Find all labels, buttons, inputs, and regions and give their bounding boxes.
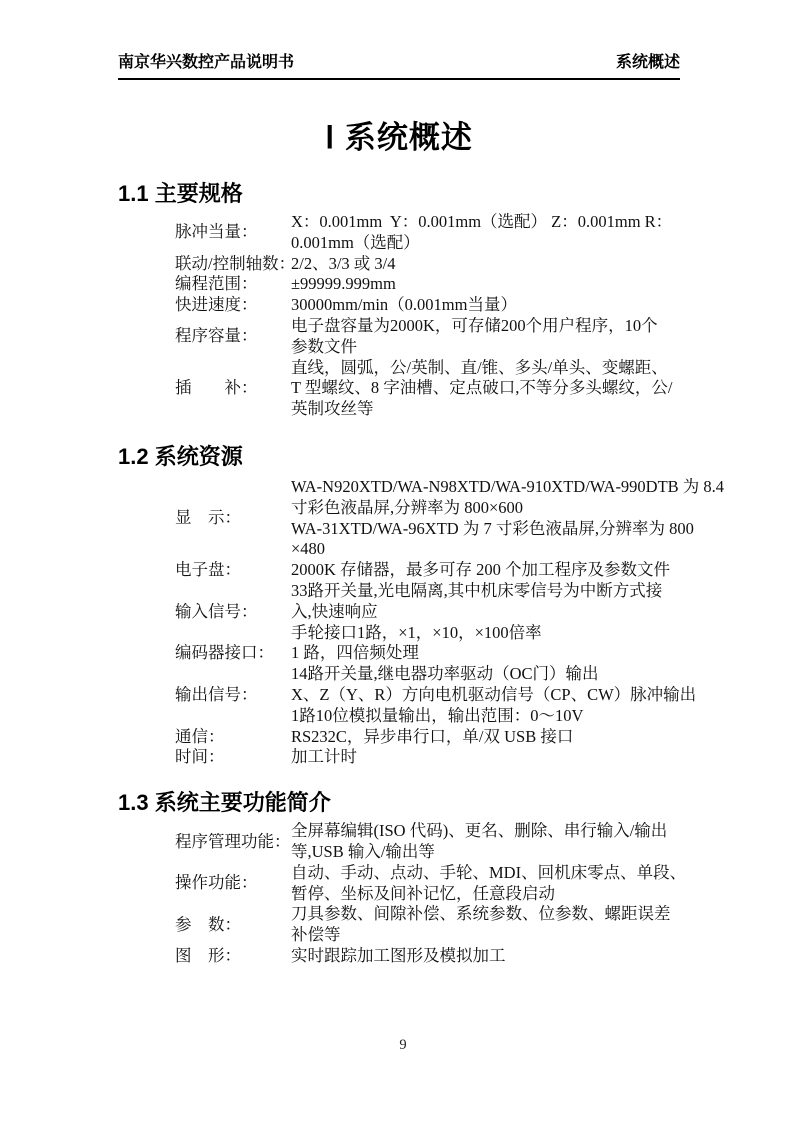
spec-table-1-1: 脉冲当量： X：0.001mm Y：0.001mm（选配） Z：0.001mm … [175,212,680,420]
spec-value: 1 路，四倍频处理 [291,643,419,664]
header-document-title: 南京华兴数控产品说明书 [118,54,294,71]
spec-value: 14路开关量,继电器功率驱动（OC门）输出 X、Z（Y、R）方向电机驱动信号（C… [291,664,696,726]
spec-value: 实时跟踪加工图形及模拟加工 [291,946,506,967]
spec-label: 输入信号： [175,602,291,623]
spec-value: 自动、手动、点动、手轮、MDI、回机床零点、单段、 暂停、坐标及间补记忆，任意段… [291,863,686,905]
spec-row: 编码器接口： 1 路，四倍频处理 [175,643,680,664]
spec-label: 编码器接口： [175,643,291,664]
spec-row: 输出信号： 14路开关量,继电器功率驱动（OC门）输出 X、Z（Y、R）方向电机… [175,664,680,726]
spec-row: 脉冲当量： X：0.001mm Y：0.001mm（选配） Z：0.001mm … [175,212,680,254]
spec-row: 时间： 加工计时 [175,747,680,768]
spec-label: 显 示： [175,508,291,529]
spec-row: 插 补： 直线，圆弧，公/英制、直/锥、多头/单头、变螺距、 T 型螺纹、8 字… [175,358,680,420]
spec-row: 图 形： 实时跟踪加工图形及模拟加工 [175,946,680,967]
spec-value: 直线，圆弧，公/英制、直/锥、多头/单头、变螺距、 T 型螺纹、8 字油槽、定点… [291,358,673,420]
page-header: 南京华兴数控产品说明书 系统概述 [118,0,680,80]
spec-row: 程序容量： 电子盘容量为2000K，可存储200个用户程序，10个 参数文件 [175,316,680,358]
header-chapter-title: 系统概述 [616,54,680,71]
spec-row: 联动/控制轴数： 2/2、3/3 或 3/4 [175,254,680,275]
spec-row: 显 示： WA-N920XTD/WA-N98XTD/WA-910XTD/WA-9… [175,477,680,560]
spec-value: 电子盘容量为2000K，可存储200个用户程序，10个 参数文件 [291,316,658,358]
spec-value: 30000mm/min（0.001mm当量） [291,295,517,316]
spec-value: 2000K 存储器，最多可存 200 个加工程序及参数文件 [291,560,670,581]
section-heading-1-3: 1.3 系统主要功能简介 [118,788,680,818]
spec-label: 电子盘： [175,560,291,581]
spec-row: 程序管理功能： 全屏幕编辑(ISO 代码)、更名、删除、串行输入/输出 等,US… [175,821,680,863]
page-content: 南京华兴数控产品说明书 系统概述 Ⅰ 系统概述 1.1 主要规格 脉冲当量： X… [118,0,680,967]
spec-label: 快进速度： [175,295,291,316]
spec-label: 脉冲当量： [175,222,291,243]
spec-value: 全屏幕编辑(ISO 代码)、更名、删除、串行输入/输出 等,USB 输入/输出等 [291,821,667,863]
spec-label: 通信： [175,727,291,748]
spec-label: 参 数： [175,915,291,936]
spec-value: RS232C，异步串行口，单/双 USB 接口 [291,727,573,748]
spec-value: ±99999.999mm [291,274,396,295]
spec-value: 刀具参数、间隙补偿、系统参数、位参数、螺距误差 补偿等 [291,904,671,946]
spec-row: 编程范围： ±99999.999mm [175,274,680,295]
spec-table-1-3: 程序管理功能： 全屏幕编辑(ISO 代码)、更名、删除、串行输入/输出 等,US… [175,821,680,967]
spec-label: 编程范围： [175,274,291,295]
chapter-title: Ⅰ 系统概述 [118,118,680,158]
spec-label: 输出信号： [175,685,291,706]
spec-row: 操作功能： 自动、手动、点动、手轮、MDI、回机床零点、单段、 暂停、坐标及间补… [175,863,680,905]
spec-row: 通信： RS232C，异步串行口，单/双 USB 接口 [175,727,680,748]
spec-label: 程序容量： [175,326,291,347]
spec-value: 2/2、3/3 或 3/4 [291,254,396,275]
section-heading-1-2: 1.2 系统资源 [118,442,680,472]
spec-row: 参 数： 刀具参数、间隙补偿、系统参数、位参数、螺距误差 补偿等 [175,904,680,946]
manual-page: 南京华兴数控产品说明书 系统概述 Ⅰ 系统概述 1.1 主要规格 脉冲当量： X… [0,0,793,1122]
spec-value: 加工计时 [291,747,357,768]
spec-label: 程序管理功能： [175,832,291,853]
spec-label: 时间： [175,747,291,768]
spec-table-1-2: 显 示： WA-N920XTD/WA-N98XTD/WA-910XTD/WA-9… [175,477,680,768]
spec-label: 图 形： [175,946,291,967]
spec-label: 操作功能： [175,873,291,894]
spec-value: 33路开关量,光电隔离,其中机床零信号为中断方式接 入,快速响应 手轮接口1路，… [291,581,662,643]
spec-row: 快进速度： 30000mm/min（0.001mm当量） [175,295,680,316]
spec-value: X：0.001mm Y：0.001mm（选配） Z：0.001mm R： 0.0… [291,212,672,254]
spec-value: WA-N920XTD/WA-N98XTD/WA-910XTD/WA-990DTB… [291,477,724,560]
spec-row: 输入信号： 33路开关量,光电隔离,其中机床零信号为中断方式接 入,快速响应 手… [175,581,680,643]
spec-label: 插 补： [175,378,291,399]
page-number: 9 [118,1037,688,1054]
section-heading-1-1: 1.1 主要规格 [118,179,680,209]
spec-label: 联动/控制轴数： [175,254,291,275]
spec-row: 电子盘： 2000K 存储器，最多可存 200 个加工程序及参数文件 [175,560,680,581]
